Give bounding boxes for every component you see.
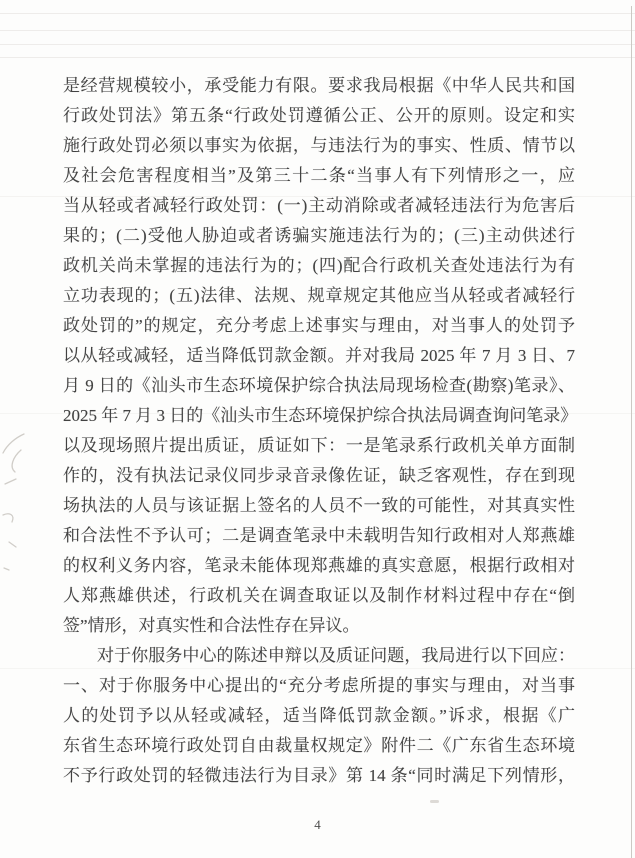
scan-edge-line: [631, 6, 632, 858]
text-line: 作的，没有执法记录仪同步录音录像佐证，缺乏客观性，存在到现: [63, 461, 575, 491]
document-page: 是经营规模较小，承受能力有限。要求我局根据《中华人民共和国 行政处罚法》第五条“…: [0, 0, 635, 858]
text-line: 的权利义务内容，笔录未能体现郑燕雄的真实意愿，根据行政相对: [63, 551, 575, 581]
text-line: 签”情形，对真实性和合法性存在异议。: [63, 611, 575, 641]
scan-band: [0, 30, 635, 31]
scan-band: [0, 57, 635, 58]
document-text: 是经营规模较小，承受能力有限。要求我局根据《中华人民共和国 行政处罚法》第五条“…: [63, 71, 575, 791]
text-line: 政机关尚未掌握的违法行为的；(四)配合行政机关查处违法行为有: [63, 251, 575, 281]
text-line: 场执法的人员与该证据上签名的人员不一致的可能性，对其真实性: [63, 491, 575, 521]
scan-artifact-dot: [430, 800, 439, 803]
text-line: 及社会危害程度相当”及第三十二条“当事人有下列情形之一，应: [63, 161, 575, 191]
margin-smudge: [0, 420, 32, 580]
text-line: 立功表现的；(五)法律、法规、规章规定其他应当从轻或者减轻行: [63, 281, 575, 311]
text-line: 施行政处罚必须以事实为依据，与违法行为的事实、性质、情节以: [63, 131, 575, 161]
text-line: 当从轻或者减轻行政处罚：(一)主动消除或者减轻违法行为危害后: [63, 191, 575, 221]
text-line: 以从轻或减轻，适当降低罚款金额。并对我局 2025 年 7 月 3 日、7: [63, 341, 575, 371]
text-line: 和合法性不予认可；二是调查笔录中未载明告知行政相对人郑燕雄: [63, 521, 575, 551]
text-line: 月 9 日的《汕头市生态环境保护综合执法局现场检查(勘察)笔录》、: [63, 371, 575, 401]
page-number: 4: [0, 817, 635, 833]
text-line: 行政处罚法》第五条“行政处罚遵循公正、公开的原则。设定和实: [63, 101, 575, 131]
text-line: 以及现场照片提出质证，质证如下：一是笔录系行政机关单方面制: [63, 431, 575, 461]
text-line: 人郑燕雄供述，行政机关在调查取证以及制作材料过程中存在“倒: [63, 581, 575, 611]
scan-band: [0, 13, 635, 14]
text-line: 果的；(二)受他人胁迫或者诱骗实施违法行为的；(三)主动供述行: [63, 221, 575, 251]
text-line: 政处罚的”的规定，充分考虑上述事实与理由，对当事人的处罚予: [63, 311, 575, 341]
text-line: 东省生态环境行政处罚自由裁量权规定》附件二《广东省生态环境: [63, 731, 575, 761]
text-line: 2025 年 7 月 3 日的《汕头市生态环境保护综合执法局调查询问笔录》: [63, 401, 575, 431]
text-line: 一、对于你服务中心提出的“充分考虑所提的事实与理由，对当事: [63, 671, 575, 701]
text-line: 人的处罚予以从轻或减轻，适当降低罚款金额。”诉求，根据《广: [63, 701, 575, 731]
text-line: 不予行政处罚的轻微违法行为目录》第 14 条“同时满足下列情形，: [63, 761, 575, 791]
text-line: 对于你服务中心的陈述申辩以及质证问题，我局进行以下回应：: [63, 641, 575, 671]
scan-band: [0, 44, 635, 45]
text-line: 是经营规模较小，承受能力有限。要求我局根据《中华人民共和国: [63, 71, 575, 101]
